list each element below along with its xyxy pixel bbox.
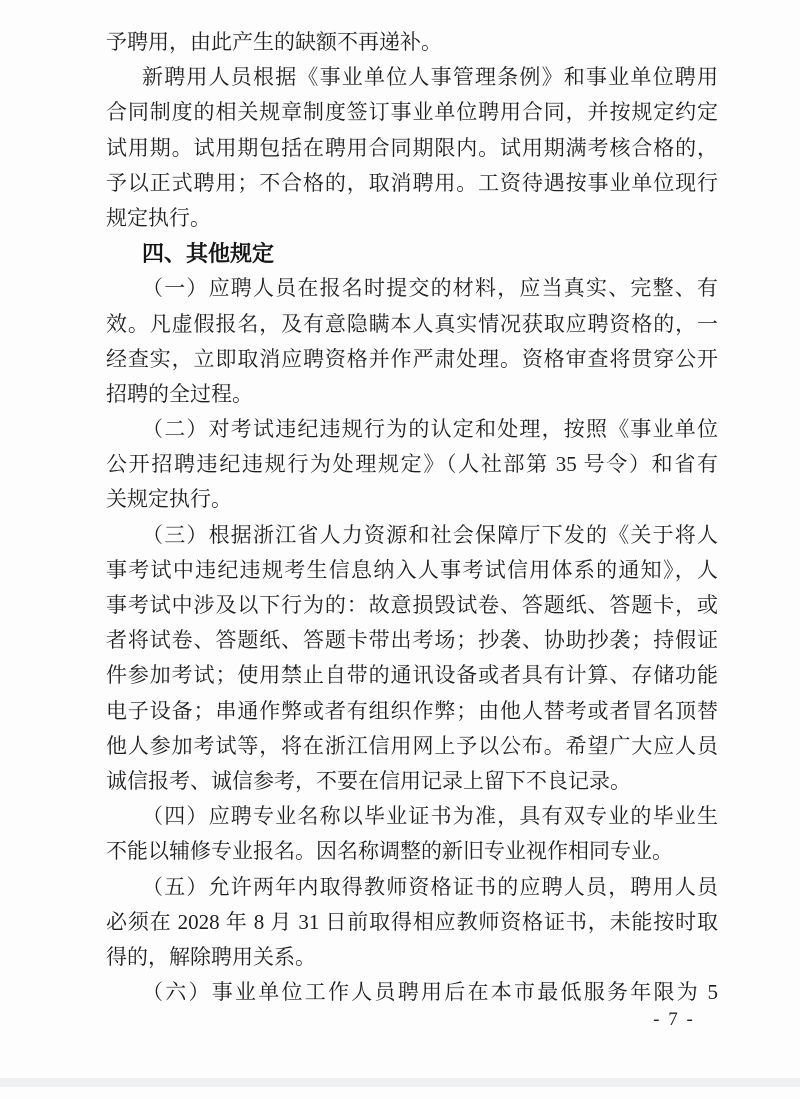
document-line: 经查实，立即取消应聘资格并作严肃处理。资格审查将贯穿公开: [106, 342, 718, 377]
page-edge-divider: [0, 1078, 800, 1087]
document-line: （四）应聘专业名称以毕业证书为准，具有双专业的毕业生: [106, 799, 718, 834]
section-heading: 四、其他规定: [106, 236, 718, 271]
scanned-document-page: 予聘用，由此产生的缺额不再递补。新聘用人员根据《事业单位人事管理条例》和事业单位…: [0, 0, 800, 1099]
document-line: 合同制度的相关规章制度签订事业单位聘用合同，并按规定约定: [106, 95, 718, 130]
document-line: 予聘用，由此产生的缺额不再递补。: [106, 25, 718, 60]
document-line: 予以正式聘用；不合格的，取消聘用。工资待遇按事业单位现行: [106, 166, 718, 201]
document-line: （二）对考试违纪违规行为的认定和处理，按照《事业单位: [106, 412, 718, 447]
document-line: （一）应聘人员在报名时提交的材料，应当真实、完整、有: [106, 271, 718, 306]
document-line: 电子设备；串通作弊或者有组织作弊；由他人替考或者冒名顶替: [106, 694, 718, 729]
document-line: 件参加考试；使用禁止自带的通讯设备或者具有计算、存储功能: [106, 658, 718, 693]
document-line: （五）允许两年内取得教师资格证书的应聘人员，聘用人员: [106, 870, 718, 905]
document-line: （三）根据浙江省人力资源和社会保障厅下发的《关于将人: [106, 518, 718, 553]
document-line: 事考试中违纪违规考生信息纳入人事考试信用体系的通知》，人: [106, 553, 718, 588]
document-line: （六）事业单位工作人员聘用后在本市最低服务年限为 5: [106, 975, 718, 1010]
document-line: 规定执行。: [106, 201, 718, 236]
document-line: 新聘用人员根据《事业单位人事管理条例》和事业单位聘用: [106, 60, 718, 95]
document-line: 关规定执行。: [106, 482, 718, 517]
document-line: 者将试卷、答题纸、答题卡带出考场；抄袭、协助抄袭；持假证: [106, 623, 718, 658]
document-line: 必须在 2028 年 8 月 31 日前取得相应教师资格证书，未能按时取: [106, 905, 718, 940]
document-text: 予聘用，由此产生的缺额不再递补。新聘用人员根据《事业单位人事管理条例》和事业单位…: [106, 25, 718, 1010]
page-number: - 7 -: [626, 1007, 722, 1033]
document-line: 效。凡虚假报名，及有意隐瞒本人真实情况获取应聘资格的，一: [106, 307, 718, 342]
document-line: 他人参加考试等，将在浙江信用网上予以公布。希望广大应人员: [106, 729, 718, 764]
document-line: 诚信报考、诚信参考，不要在信用记录上留下不良记录。: [106, 764, 718, 799]
document-line: 事考试中涉及以下行为的：故意损毁试卷、答题纸、答题卡，或: [106, 588, 718, 623]
document-line: 不能以辅修专业报名。因名称调整的新旧专业视作相同专业。: [106, 834, 718, 869]
document-line: 公开招聘违纪违规行为处理规定》（人社部第 35 号令）和省有: [106, 447, 718, 482]
document-line: 试用期。试用期包括在聘用合同期限内。试用期满考核合格的，: [106, 131, 718, 166]
document-line: 招聘的全过程。: [106, 377, 718, 412]
document-line: 得的，解除聘用关系。: [106, 940, 718, 975]
